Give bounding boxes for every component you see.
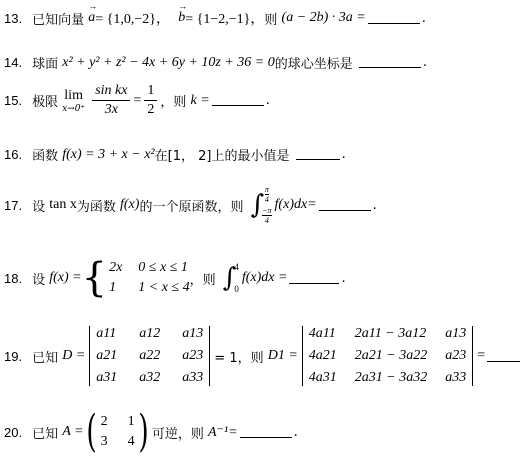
cell: 2a31 − 3a32 <box>355 370 427 386</box>
problem-text: 球面 <box>32 53 58 72</box>
problem-number: 20. <box>4 425 22 440</box>
equation: x² + y² + z² − 4x + 6y + 10z + 36 = 0 <box>62 55 274 71</box>
problem-text: 为函数 <box>77 196 116 215</box>
determinant-D1: 4a11 2a11 − 3a12 a13 4a21 2a21 − 3a22 a2… <box>302 326 473 386</box>
numerator: 1 <box>144 82 157 101</box>
cell: 2a11 − 3a12 <box>355 326 427 342</box>
case-condition: 1 < x ≤ 4 <box>138 280 189 296</box>
answer-blank[interactable] <box>240 427 292 438</box>
problem-17: 17. 设 tan x 为函数 f(x) 的一个原函数，则 ∫ π 4 −π 4… <box>4 185 377 225</box>
cell: a23 <box>182 348 203 364</box>
period: . <box>342 147 346 162</box>
problem-number: 15. <box>4 93 22 108</box>
left-paren-icon: ( <box>87 410 97 454</box>
period: . <box>423 55 427 70</box>
upper-limit: π 4 <box>262 185 271 204</box>
then-text: ，则 <box>160 91 186 110</box>
integral-limits: 4 0 <box>234 262 239 294</box>
cell: 4 <box>128 434 135 450</box>
variable: k = <box>191 93 210 109</box>
answer-blank[interactable] <box>487 351 520 362</box>
vector-a: a <box>88 10 95 26</box>
then-text: ，则 <box>190 269 216 288</box>
problem-18: 18. 设 f(x) = { 2x 0 ≤ x ≤ 1 1 1 < x ≤ 4 … <box>4 258 346 298</box>
period: . <box>341 271 345 286</box>
answer-blank[interactable] <box>296 149 340 160</box>
determinant-label: D1 = <box>268 348 298 364</box>
problem-text: 的球心坐标是 <box>275 53 353 72</box>
problem-number: 19. <box>4 349 22 364</box>
cell: a11 <box>96 326 117 342</box>
function: f(x) <box>120 197 139 213</box>
problem-text: 已知 <box>32 423 58 442</box>
period: . <box>294 425 298 440</box>
case-value: 2x <box>109 260 122 276</box>
brace-icon: { <box>82 258 107 298</box>
lower-limit: 0 <box>234 284 239 294</box>
problem-15: 15. 极限 lim x→0⁺ sin kx 3x = 1 2 ，则 k = . <box>4 82 270 119</box>
cell: a22 <box>139 348 160 364</box>
problem-text: 设 <box>32 269 45 288</box>
rhs-fraction: 1 2 <box>144 82 157 119</box>
problem-number: 18. <box>4 271 22 286</box>
problem-number: 17. <box>4 198 22 213</box>
cell: a12 <box>139 326 160 342</box>
cell: a33 <box>182 370 203 386</box>
problem-text: 极限 <box>32 91 58 110</box>
problem-16: 16. 函数 f(x) = 3 + x − x² 在[1， 2]上的最小值是 . <box>4 145 346 164</box>
problem-number: 16. <box>4 147 22 162</box>
answer-blank[interactable] <box>368 13 420 24</box>
answer-blank[interactable] <box>212 95 264 106</box>
upper-limit: 4 <box>234 262 239 272</box>
determinant-D: a11 a12 a13 a21 a22 a23 a31 a32 a33 <box>89 326 210 386</box>
cell: 3 <box>101 434 108 450</box>
problem-text: 在[1， 2]上的最小值是 <box>155 145 290 164</box>
problem-text: 函数 <box>32 145 58 164</box>
vector-a-value: = {1,0,−2}， <box>95 8 170 28</box>
determinant-label: D = <box>62 348 85 364</box>
cell: a31 <box>96 370 117 386</box>
right-paren-icon: ) <box>138 410 148 454</box>
problem-text: 的一个原函数，则 <box>139 196 243 215</box>
integrand: f(x)dx= <box>275 197 317 213</box>
lower-num: −π <box>262 206 271 216</box>
cell: 4a11 <box>309 326 337 342</box>
problem-14: 14. 球面 x² + y² + z² − 4x + 6y + 10z + 36… <box>4 53 427 72</box>
upper-den: 4 <box>265 195 269 204</box>
tan-x: tan x <box>49 197 77 213</box>
lower-den: 4 <box>265 216 269 225</box>
problem-13: 13. 已知向量 a = {1,0,−2}， b = {1−2,−1}， 则 (… <box>4 8 426 28</box>
cell: a33 <box>445 370 466 386</box>
answer-blank[interactable] <box>319 200 371 211</box>
cell: a13 <box>445 326 466 342</box>
matrix-label: A = <box>62 424 83 440</box>
integral: ∫ π 4 −π 4 <box>251 185 272 225</box>
cell: 4a31 <box>309 370 337 386</box>
integral-limits: π 4 −π 4 <box>262 185 271 225</box>
lim-label: lim <box>64 88 83 104</box>
problem-text: 可逆，则 <box>152 423 204 442</box>
expression: (a − 2b) · 3a = <box>282 10 366 26</box>
period: . <box>422 11 426 26</box>
function: f(x) = <box>49 270 81 286</box>
period: . <box>266 93 270 108</box>
fraction: sin kx 3x <box>92 82 130 119</box>
function-expression: f(x) = 3 + x − x² <box>62 147 154 163</box>
cell: 1 <box>128 414 135 430</box>
denominator: 2 <box>144 101 157 119</box>
then-text: 则 <box>264 9 277 28</box>
cell: a13 <box>182 326 203 342</box>
cell: a21 <box>96 348 117 364</box>
case-condition: 0 ≤ x ≤ 1 <box>138 260 189 276</box>
problem-text: 设 <box>32 196 45 215</box>
integral: ∫ 4 0 <box>223 262 239 294</box>
period: . <box>373 198 377 213</box>
answer-blank[interactable] <box>289 273 339 284</box>
matrix-A: ( 2 1 3 4 ) <box>83 410 151 454</box>
problem-text: 已知 <box>32 347 58 366</box>
cell: 4a21 <box>309 348 337 364</box>
lim-subscript: x→0⁺ <box>62 104 85 114</box>
cell: 2 <box>101 414 108 430</box>
problem-text: 已知向量 <box>32 9 84 28</box>
problem-number: 14. <box>4 55 22 70</box>
upper-num: π <box>265 185 269 195</box>
vector-b-value: = {1−2,−1}， <box>185 8 264 28</box>
cell: a32 <box>139 370 160 386</box>
cell: a23 <box>445 348 466 364</box>
limit: lim x→0⁺ <box>62 88 85 114</box>
equals: = <box>133 93 141 109</box>
cases-grid: 2x 0 ≤ x ≤ 1 1 1 < x ≤ 4 <box>109 260 190 296</box>
cell: 2a21 − 3a22 <box>355 348 427 364</box>
equals-text: = 1，则 <box>214 347 263 366</box>
equals: = <box>477 348 485 364</box>
piecewise: { 2x 0 ≤ x ≤ 1 1 1 < x ≤ 4 <box>82 258 190 298</box>
integrand: f(x)dx = <box>242 270 288 286</box>
problem-19: 19. 已知 D = a11 a12 a13 a21 a22 a23 a31 a… <box>4 326 520 386</box>
denominator: 3x <box>102 101 121 119</box>
case-value: 1 <box>109 280 122 296</box>
problem-20: 20. 已知 A = ( 2 1 3 4 ) 可逆，则 A⁻¹= . <box>4 410 298 454</box>
matrix-grid: 2 1 3 4 <box>101 414 135 450</box>
problem-number: 13. <box>4 11 22 26</box>
lower-limit: −π 4 <box>262 206 271 225</box>
vector-b: b <box>178 10 185 26</box>
numerator: sin kx <box>92 82 130 101</box>
inverse-label: A⁻¹= <box>208 424 238 441</box>
answer-blank[interactable] <box>359 57 421 68</box>
